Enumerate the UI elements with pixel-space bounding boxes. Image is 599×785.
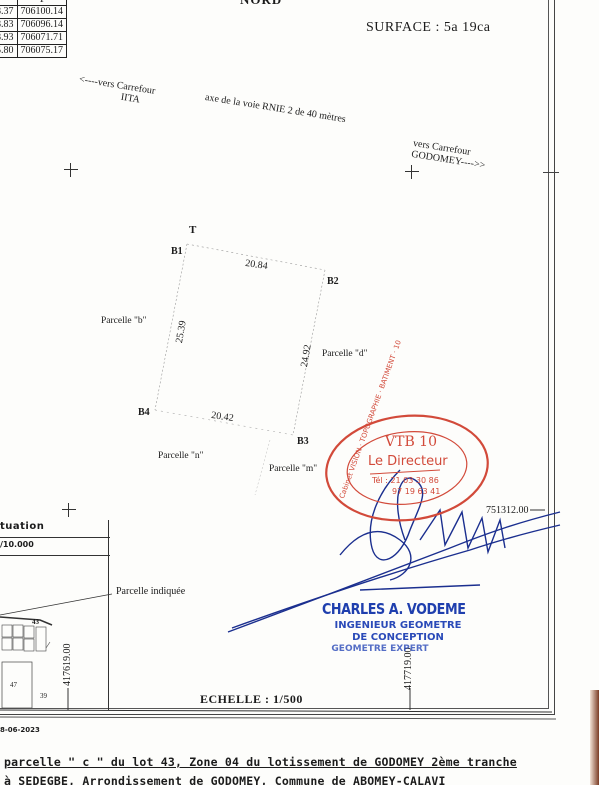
parcel-location: à SEDEGBE, Arrondissement de GODOMEY, Co… bbox=[4, 774, 446, 785]
situation-block-47: 47 bbox=[10, 681, 17, 689]
stamp-phone-2: 97 19 63 41 bbox=[392, 487, 440, 496]
map-scale: ECHELLE : 1/500 bbox=[200, 692, 303, 707]
document-date: 8-06-2023 bbox=[0, 726, 40, 734]
parcel-m-label: Parcelle "m" bbox=[269, 464, 317, 474]
divider bbox=[0, 537, 110, 538]
beacon-b4: B4 bbox=[138, 407, 150, 418]
page-edge bbox=[590, 690, 599, 785]
parcel-b-label: Parcelle "b" bbox=[101, 316, 146, 326]
engineer-title-2: DE CONCEPTION bbox=[318, 632, 478, 643]
engineer-name: CHARLES A. VODEME bbox=[322, 600, 466, 618]
situation-title: tuation bbox=[0, 521, 44, 532]
situation-lot-number: 43 bbox=[32, 618, 39, 626]
indicated-parcel-label: Parcelle indiquée bbox=[116, 586, 185, 597]
stamp-phone-1: Tél : 21 03 30 86 bbox=[372, 476, 439, 485]
grid-x-coordinate: 751312.00 bbox=[486, 505, 529, 516]
beacon-b2: B2 bbox=[327, 276, 339, 287]
stamp-role: Le Directeur bbox=[368, 454, 448, 469]
north-marker-icon: T bbox=[189, 224, 196, 236]
divider bbox=[0, 555, 110, 556]
situation-scale: /10.000 bbox=[0, 540, 34, 549]
engineer-title-3: GEOMETRE EXPERT bbox=[300, 644, 460, 652]
beacon-b1: B1 bbox=[171, 246, 183, 257]
beacon-b3: B3 bbox=[297, 436, 309, 447]
stamp-code: VTB 10 bbox=[385, 434, 437, 450]
parcel-d-label: Parcelle "d" bbox=[322, 349, 367, 359]
parcel-description: parcelle " c " du lot 43, Zone 04 du lot… bbox=[4, 755, 517, 769]
grid-y-coordinate-right: 417719.00 bbox=[403, 648, 414, 691]
situation-block-39: 39 bbox=[40, 692, 47, 700]
parcel-n-label: Parcelle "n" bbox=[158, 451, 203, 461]
engineer-title-1: INGENIEUR GEOMETRE bbox=[318, 620, 478, 631]
